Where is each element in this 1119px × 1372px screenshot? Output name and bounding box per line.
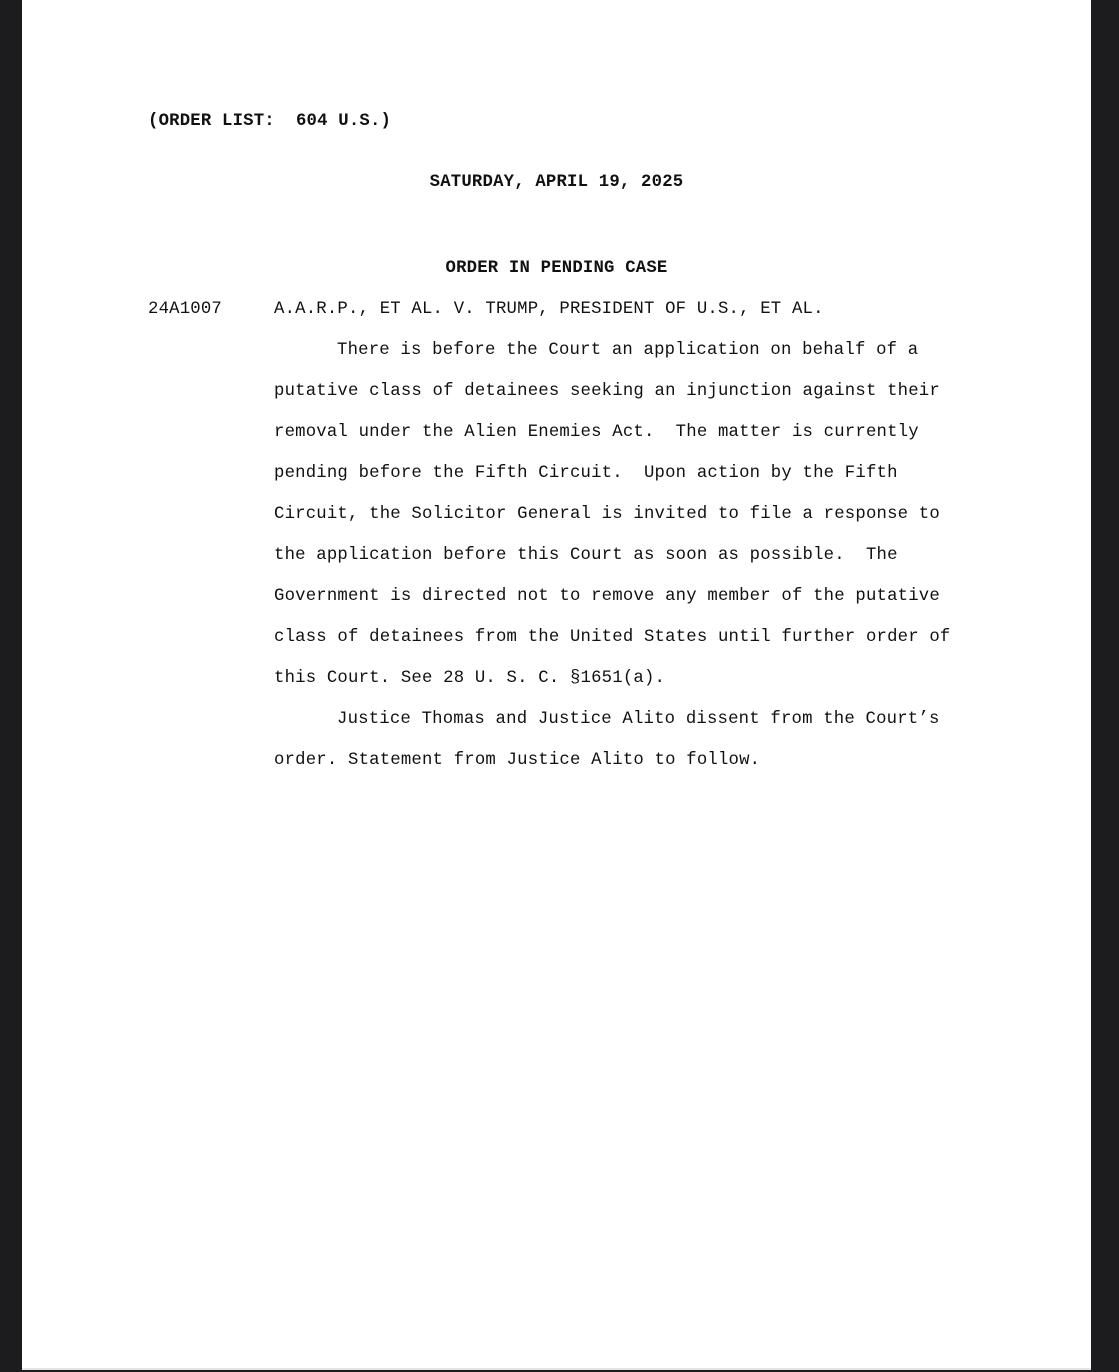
paragraph-line: this Court. See 28 U. S. C. §1651(a). — [274, 669, 665, 689]
case-caption: A.A.R.P., ET AL. V. TRUMP, PRESIDENT OF … — [274, 300, 824, 320]
order-date: SATURDAY, APRIL 19, 2025 — [22, 173, 1091, 193]
section-title: ORDER IN PENDING CASE — [22, 259, 1091, 279]
paragraph-line: order. Statement from Justice Alito to f… — [274, 751, 760, 771]
paragraph-line: Circuit, the Solicitor General is invite… — [274, 505, 940, 525]
document-page: (ORDER LIST: 604 U.S.) SATURDAY, APRIL 1… — [22, 0, 1091, 1370]
paragraph-line: class of detainees from the United State… — [274, 628, 951, 648]
paragraph-line: removal under the Alien Enemies Act. The… — [274, 423, 919, 443]
paragraph-line: Justice Thomas and Justice Alito dissent… — [337, 710, 940, 730]
order-list-header: (ORDER LIST: 604 U.S.) — [148, 112, 391, 132]
paragraph-line: putative class of detainees seeking an i… — [274, 382, 940, 402]
paragraph-line: pending before the Fifth Circuit. Upon a… — [274, 464, 898, 484]
paragraph-line: the application before this Court as soo… — [274, 546, 898, 566]
docket-number: 24A1007 — [148, 300, 222, 320]
paragraph-line: There is before the Court an application… — [337, 341, 918, 361]
paragraph-line: Government is directed not to remove any… — [274, 587, 940, 607]
